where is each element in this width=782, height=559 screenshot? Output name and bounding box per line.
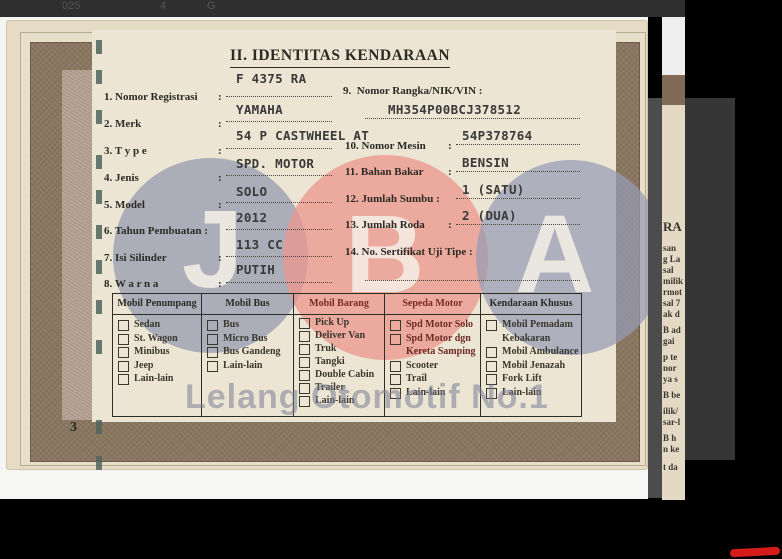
colon: :: [218, 252, 222, 264]
category-checkbox-item[interactable]: Lain-lain: [207, 359, 293, 373]
adjacent-page-text: milik: [663, 276, 683, 287]
tab-mark: [96, 110, 102, 124]
dotted-line: [365, 280, 580, 281]
category-header: Sepeda Motor: [385, 294, 480, 315]
checkbox-icon: [486, 320, 497, 331]
overlay-panel-mid: [648, 98, 662, 498]
dotted-line: [226, 282, 332, 283]
adjacent-page-text: ya s: [663, 374, 678, 385]
field-label-nomor-mesin: 10. Nomor Mesin: [345, 140, 426, 152]
tab-mark: [96, 190, 102, 204]
colon: :: [448, 166, 452, 178]
adjacent-page-heading: RA: [663, 221, 682, 232]
dotted-line: [456, 144, 580, 145]
dotted-line: [226, 229, 332, 230]
dotted-line: [226, 148, 332, 149]
colon: :: [218, 91, 222, 103]
adjacent-page-text: p te: [663, 352, 677, 363]
category-header: Mobil Bus: [202, 294, 293, 315]
adjacent-page-text: g La: [663, 254, 680, 265]
security-pattern-strip: [662, 75, 685, 105]
checkbox-icon: [299, 344, 310, 355]
adjacent-page: RA san g La sal milik rmot sal 7 ak d B …: [662, 75, 685, 500]
checkbox-icon: [390, 334, 401, 345]
tab-mark: [96, 40, 102, 54]
checkbox-icon: [299, 357, 310, 368]
checkbox-icon: [207, 334, 218, 345]
field-label-nomor-registrasi: 1. Nomor Registrasi: [104, 91, 198, 103]
dotted-line: [456, 171, 580, 172]
dotted-line: [365, 118, 580, 119]
checkbox-icon: [207, 361, 218, 372]
category-item-continuation: Kereta Samping: [390, 345, 480, 359]
field-value-isi-silinder: 113 CC: [236, 237, 283, 252]
adjacent-page-text: t da: [663, 462, 678, 473]
section-title: II. IDENTITAS KENDARAAN: [230, 47, 450, 68]
category-checkbox-item[interactable]: Mobil Ambulance: [486, 345, 581, 359]
category-checkbox-item[interactable]: Mobil Pemadam: [486, 318, 581, 332]
tab-mark: [96, 300, 102, 314]
field-value-tahun-pembuatan: 2012: [236, 210, 267, 225]
tab-mark: [96, 155, 102, 169]
tab-mark: [96, 70, 102, 84]
category-header: Kendaraan Khusus: [481, 294, 581, 315]
checkbox-icon: [118, 374, 129, 385]
field-label-tahun-pembuatan: 6. Tahun Pembuatan :: [104, 225, 208, 237]
field-label-jenis: 4. Jenis: [104, 172, 139, 184]
dotted-line: [226, 96, 332, 97]
colon: :: [218, 118, 222, 130]
checkbox-icon: [299, 318, 310, 329]
field-label-model: 5. Model: [104, 199, 145, 211]
adjacent-page-text: ak d: [663, 309, 680, 320]
adjacent-page-text: rmot: [663, 287, 682, 298]
overlay-panel-dark: [685, 98, 735, 460]
field-value-bahan-bakar: BENSIN: [462, 155, 509, 170]
checkbox-icon: [390, 320, 401, 331]
checkbox-icon: [207, 320, 218, 331]
category-checkbox-item[interactable]: Scooter: [390, 359, 480, 373]
adjacent-page-text: B h: [663, 433, 676, 444]
adjacent-page-text: sal: [663, 265, 674, 276]
colon: :: [448, 140, 452, 152]
adjacent-page-text: san: [663, 243, 676, 254]
field-label-type: 3. T y p e: [104, 145, 147, 157]
adjacent-page-text: B ad: [663, 325, 681, 336]
dotted-line: [226, 256, 332, 257]
category-checkbox-item[interactable]: Deliver Van: [299, 329, 384, 342]
field-value-nomor-registrasi: F 4375 RA: [236, 71, 306, 86]
field-label-merk: 2. Merk: [104, 118, 141, 130]
field-label-bahan-bakar: 11. Bahan Bakar: [345, 166, 424, 178]
colon: :: [218, 172, 222, 184]
colon: :: [218, 278, 222, 290]
field-value-nomor-mesin: 54P378764: [462, 128, 532, 143]
dotted-line: [456, 224, 580, 225]
colon: :: [448, 219, 452, 231]
photo-bottom-edge: [0, 470, 648, 499]
field-value-jenis: SPD. MOTOR: [236, 156, 314, 171]
field-value-jumlah-sumbu: 1 (SATU): [462, 182, 525, 197]
category-item-continuation: Kebakaran: [486, 332, 581, 346]
ghost-text: 025: [62, 0, 80, 12]
field-label-jumlah-roda: 13. Jumlah Roda: [345, 219, 425, 231]
category-checkbox-item[interactable]: Bus Gandeng: [207, 345, 293, 359]
checkbox-icon: [486, 347, 497, 358]
field-value-warna: PUTIH: [236, 262, 275, 277]
checkbox-icon: [118, 334, 129, 345]
adjacent-page-text: sal 7: [663, 298, 680, 309]
category-checkbox-item[interactable]: Truk: [299, 342, 384, 355]
category-checkbox-item[interactable]: Pick Up: [299, 316, 384, 329]
field-value-merk: YAMAHA: [236, 102, 283, 117]
field-value-nomor-rangka: MH354P00BCJ378512: [388, 102, 521, 117]
category-checkbox-item[interactable]: Micro Bus: [207, 332, 293, 346]
checkbox-icon: [486, 361, 497, 372]
tab-mark: [96, 456, 102, 470]
field-label-warna: 8. W a r n a: [104, 278, 158, 290]
red-annotation-mark: [730, 547, 780, 558]
category-checkbox-item[interactable]: Tangki: [299, 355, 384, 368]
watermark-letter: J: [182, 195, 243, 305]
category-checkbox-item[interactable]: Mobil Jenazah: [486, 359, 581, 373]
tab-mark: [96, 260, 102, 274]
tab-mark: [96, 225, 102, 239]
security-pattern-left: [62, 70, 92, 420]
category-checkbox-item[interactable]: Spd Motor dgn: [390, 332, 480, 346]
tab-mark: [96, 340, 102, 354]
field-value-jumlah-roda: 2 (DUA): [462, 208, 517, 223]
checkbox-icon: [390, 361, 401, 372]
checkbox-icon: [118, 347, 129, 358]
category-checkbox-item[interactable]: Minibus: [118, 345, 201, 359]
ghost-text: G: [207, 0, 216, 12]
tab-mark: [96, 420, 102, 434]
category-checkbox-item[interactable]: Sedan: [118, 318, 201, 332]
checkbox-icon: [118, 361, 129, 372]
category-header: Mobil Penumpang: [113, 294, 201, 315]
checkbox-icon: [299, 331, 310, 342]
page-number: 3: [70, 420, 77, 436]
dotted-line: [226, 202, 332, 203]
dotted-line: [456, 198, 580, 199]
colon: :: [218, 199, 222, 211]
checkbox-icon: [207, 347, 218, 358]
adjacent-page-text: gai: [663, 336, 675, 347]
adjacent-page-text: sar-l: [663, 417, 680, 428]
category-checkbox-item[interactable]: St. Wagon: [118, 332, 201, 346]
top-bar: 025 4 G: [0, 0, 685, 17]
field-label-nomor-rangka: 9. Nomor Rangka/NIK/VIN :: [343, 85, 482, 97]
category-header: Mobil Barang: [294, 294, 384, 315]
overlay-white: [662, 17, 685, 75]
field-label-sertifikat-uji-tipe: 14. No. Sertifikat Uji Tipe :: [345, 246, 473, 258]
adjacent-page-text: nor: [663, 363, 677, 374]
dotted-line: [226, 121, 332, 122]
watermark-text: Lelang Otomotif No.1: [185, 378, 549, 417]
adjacent-page-text: ilik/: [663, 406, 678, 417]
category-checkbox-item[interactable]: Bus: [207, 318, 293, 332]
dotted-line: [226, 175, 332, 176]
checkbox-icon: [118, 320, 129, 331]
field-label-isi-silinder: 7. Isi Silinder: [104, 252, 167, 264]
adjacent-page-text: n ke: [663, 444, 679, 455]
field-label-jumlah-sumbu: 12. Jumlah Sumbu :: [345, 193, 440, 205]
field-value-model: SOLO: [236, 184, 267, 199]
category-checkbox-item[interactable]: Spd Motor Solo: [390, 318, 480, 332]
category-checkbox-item[interactable]: Jeep: [118, 359, 201, 373]
colon: :: [218, 145, 222, 157]
adjacent-page-text: B be: [663, 390, 680, 401]
ghost-text: 4: [160, 0, 166, 12]
